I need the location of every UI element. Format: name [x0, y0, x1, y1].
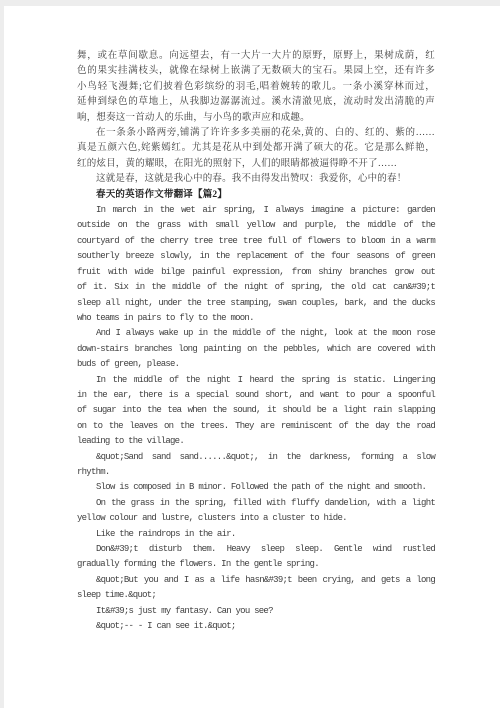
text-line: who teams in pairs to fly to the moon. — [77, 311, 435, 326]
document-body: 舞，或在草间歇息。向远望去，有一大片一大片的原野，原野上，果树成荫，红色的果实挂… — [77, 49, 435, 634]
text-line: of it. Six in the middle of the night of… — [77, 280, 435, 295]
text-line: It&#39;s just my fantasy. Can you see? — [77, 604, 435, 619]
paragraph: On the grass in the spring, filled with … — [77, 496, 435, 527]
text-line: On the grass in the spring, filled with … — [77, 496, 435, 511]
text-line: of sugar into the tea when the sound, it… — [77, 403, 435, 418]
paragraph: In the middle of the night I heard the s… — [77, 373, 435, 450]
text-line: fruit with wide bilge painful expression… — [77, 265, 435, 280]
text-line: gradually forming the flowers. In the ge… — [77, 557, 435, 572]
text-line: Don&#39;t disturb them. Heavy sleep slee… — [77, 542, 435, 557]
paragraph: 春天的英语作文带翻译【篇2】 — [77, 188, 435, 203]
paragraph: In march in the wet air spring, I always… — [77, 203, 435, 326]
text-line: sleep time.&quot; — [77, 588, 435, 603]
paragraph: Slow is composed in B minor. Followed th… — [77, 480, 435, 495]
text-line: Slow is composed in B minor. Followed th… — [77, 480, 435, 495]
text-line: in the ear, there is a special sound sho… — [77, 388, 435, 403]
text-line: 色的果实挂满枝头，就像在绿树上嵌满了无数硕大的宝石。果园上空，还有许多 — [77, 64, 435, 79]
document-page: 舞，或在草间歇息。向远望去，有一大片一大片的原野，原野上，果树成荫，红色的果实挂… — [4, 6, 500, 708]
text-line: courtyard of the cherry tree tree tree f… — [77, 234, 435, 249]
paragraph: And I always wake up in the middle of th… — [77, 326, 435, 372]
text-line: 延伸到绿色的草地上，从我脚边潺潺流过。溪水清澈见底，流动时发出清脆的声 — [77, 95, 435, 110]
text-line: on to the leaves on the trees. They are … — [77, 419, 435, 434]
text-line: yellow colour and lustre, clusters into … — [77, 511, 435, 526]
text-line: 红的炫目，黄的耀眼，在阳光的照射下，人们的眼睛都被逼得睁不开了…… — [77, 157, 435, 172]
text-line: rhythm. — [77, 465, 435, 480]
text-line: In march in the wet air spring, I always… — [77, 203, 435, 218]
text-line: 这就是春，这就是我心中的春。我不由得发出赞叹：我爱你，心中的春！ — [77, 172, 435, 187]
text-line: 在一条条小路两旁,铺满了许许多多美丽的花朵,黄的、白的、红的、紫的…… — [77, 126, 435, 141]
text-line: In the middle of the night I heard the s… — [77, 373, 435, 388]
screenshot-root: { "colors": { "page_background": "#fffff… — [0, 0, 500, 708]
paragraph: 舞，或在草间歇息。向远望去，有一大片一大片的原野，原野上，果树成荫，红色的果实挂… — [77, 49, 435, 126]
text-line: And I always wake up in the middle of th… — [77, 326, 435, 341]
text-line: leading to the village. — [77, 434, 435, 449]
paragraph: 这就是春，这就是我心中的春。我不由得发出赞叹：我爱你，心中的春！ — [77, 172, 435, 187]
paragraph: &quot;But you and I as a life hasn&#39;t… — [77, 573, 435, 604]
paragraph: Like the raindrops in the air. — [77, 527, 435, 542]
text-line: Like the raindrops in the air. — [77, 527, 435, 542]
text-line: outside on the grass with small yellow a… — [77, 218, 435, 233]
text-line: southerly breeze slowly, in the replacem… — [77, 249, 435, 264]
text-line: 小鸟轻飞漫舞;它们披着色彩缤纷的羽毛,唱着婉转的歌儿。一条小溪穿林而过， — [77, 80, 435, 95]
paragraph: &quot;Sand sand sand......&quot;, in the… — [77, 450, 435, 481]
text-line: &quot;-- - I can see it.&quot; — [77, 619, 435, 634]
text-line: down-stairs branches long painting on th… — [77, 342, 435, 357]
paragraph: &quot;-- - I can see it.&quot; — [77, 619, 435, 634]
paragraph: 在一条条小路两旁,铺满了许许多多美丽的花朵,黄的、白的、红的、紫的……真是五颜六… — [77, 126, 435, 172]
text-line: &quot;Sand sand sand......&quot;, in the… — [77, 450, 435, 465]
paragraph: Don&#39;t disturb them. Heavy sleep slee… — [77, 542, 435, 573]
text-line: 真是五颜六色,姹紫嫣红。尤其是花从中到处都开满了硕大的花。它是那么鲜艳， — [77, 141, 435, 156]
text-line: 响，想奏这一首动人的乐曲，与小鸟的歌声应和成趣。 — [77, 111, 435, 126]
paragraph: It&#39;s just my fantasy. Can you see? — [77, 604, 435, 619]
text-line: 春天的英语作文带翻译【篇2】 — [77, 188, 435, 203]
text-line: 舞，或在草间歇息。向远望去，有一大片一大片的原野，原野上，果树成荫，红 — [77, 49, 435, 64]
text-line: buds of green, please. — [77, 357, 435, 372]
text-line: &quot;But you and I as a life hasn&#39;t… — [77, 573, 435, 588]
text-line: sleep all night, under the tree stamping… — [77, 296, 435, 311]
